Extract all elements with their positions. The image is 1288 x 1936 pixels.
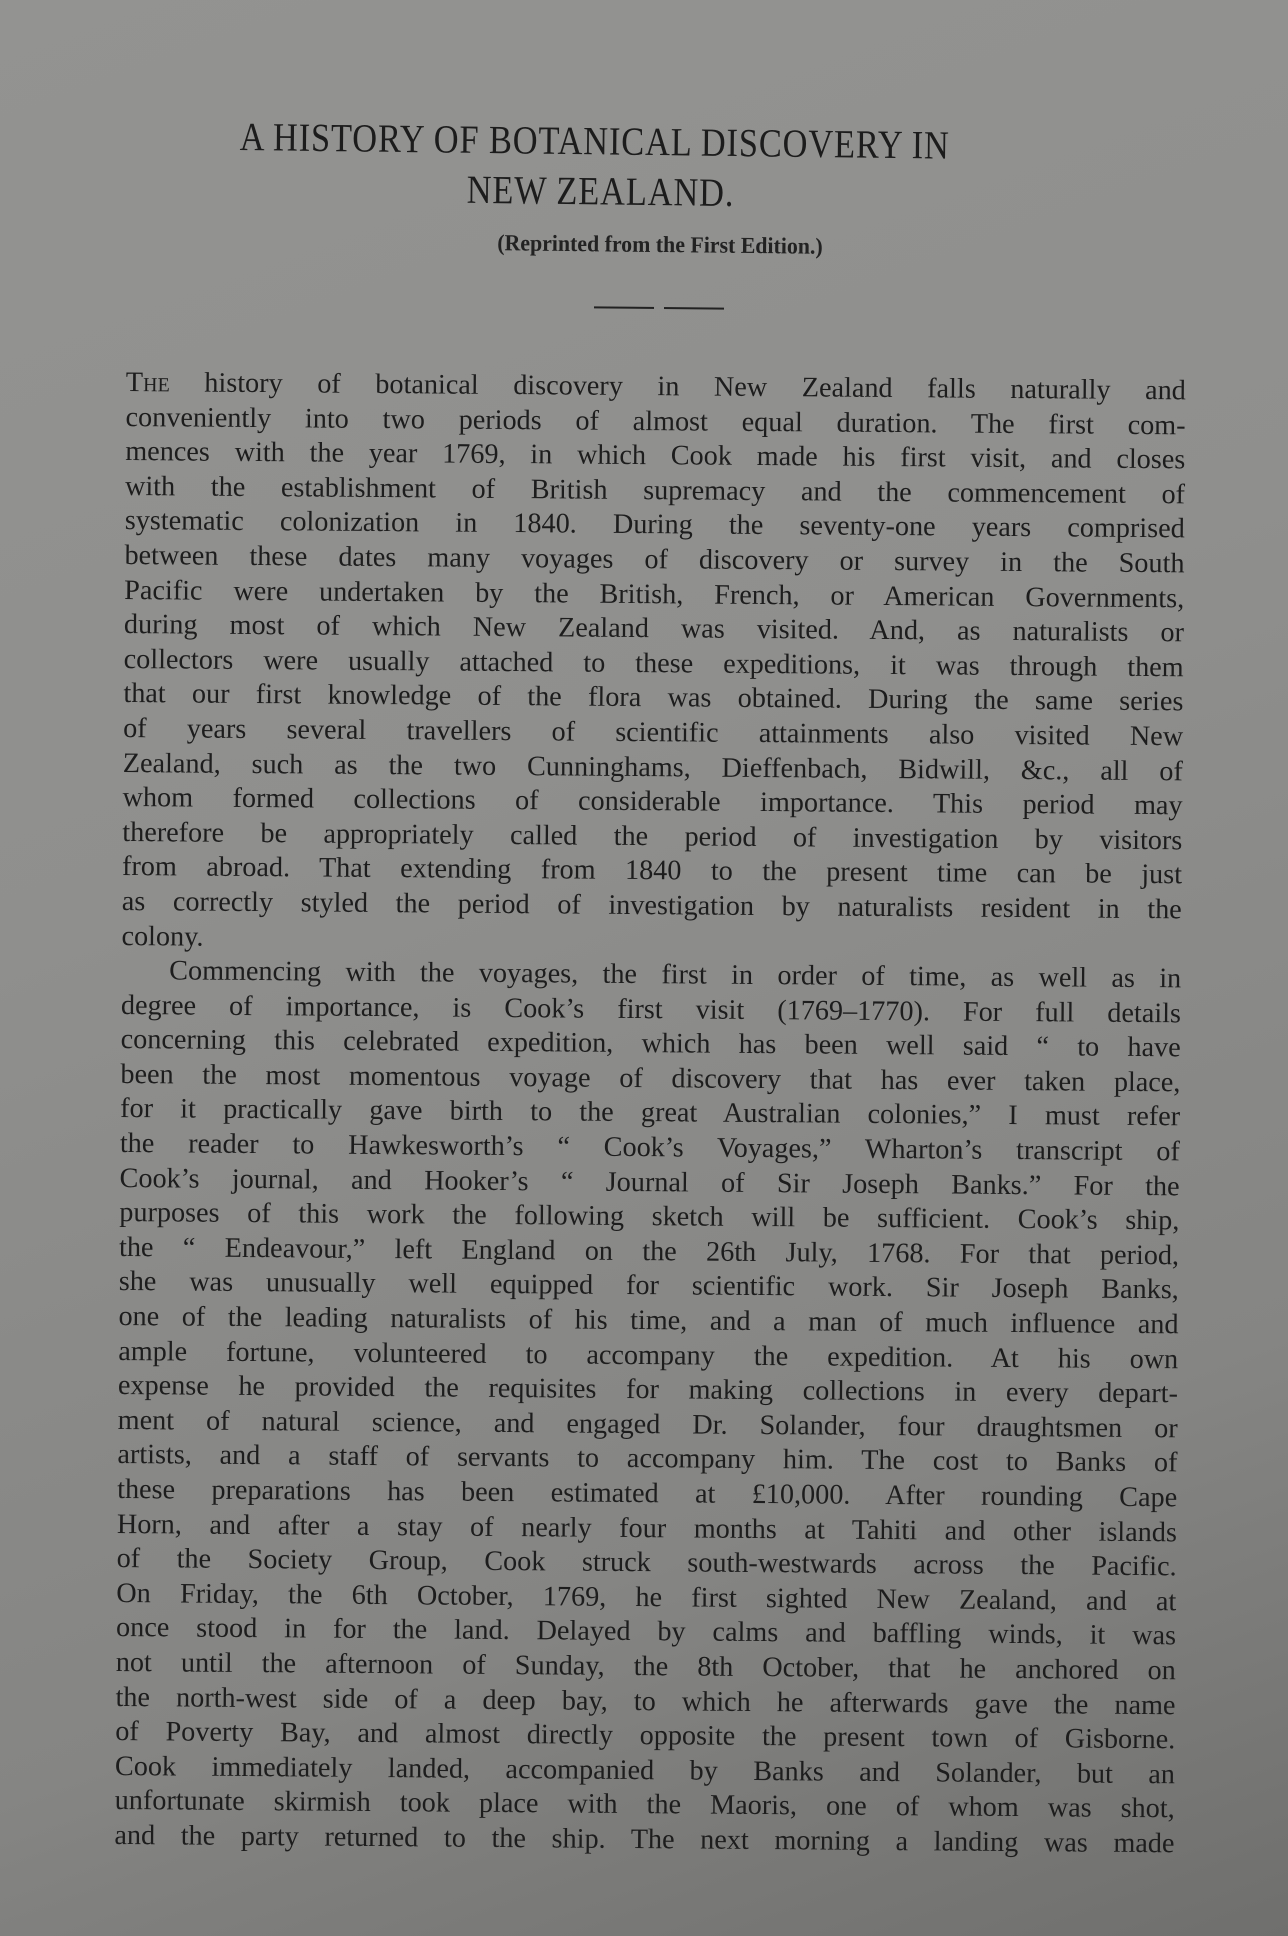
- paragraph-2: Commencing with the voyages, the first i…: [114, 954, 1181, 1862]
- body-text: The history of botanical discovery in Ne…: [114, 366, 1186, 1862]
- book-page: A HISTORY OF BOTANICAL DISCOVERY IN NEW …: [0, 0, 1288, 1936]
- title-line-2: NEW ZEALAND.: [239, 162, 962, 221]
- page-title: A HISTORY OF BOTANICAL DISCOVERY IN NEW …: [239, 112, 962, 221]
- text-line-content: history of botanical discovery in New Ze…: [170, 367, 1186, 406]
- section-divider: [594, 306, 724, 309]
- paragraph-1: The history of botanical discovery in Ne…: [121, 366, 1186, 962]
- title-line-1: A HISTORY OF BOTANICAL DISCOVERY IN: [240, 112, 1083, 172]
- drop-word: The: [126, 367, 170, 398]
- subtitle: (Reprinted from the First Edition.): [451, 230, 869, 261]
- text-line: and the party returned to the ship. The …: [114, 1819, 1174, 1862]
